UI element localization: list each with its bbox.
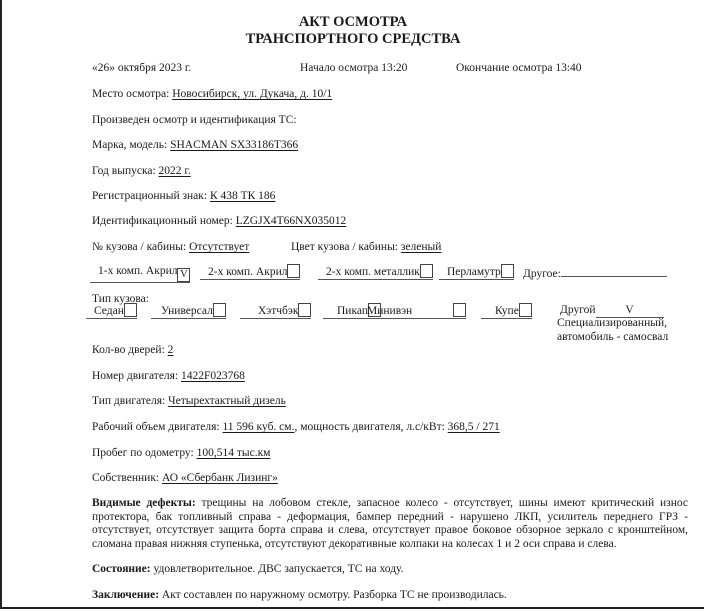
paint-option-pearl: Перламутр — [439, 264, 514, 280]
body-number-label: № кузова / кабины: — [92, 241, 186, 253]
color-row: Цвет кузова / кабины: зеленый — [291, 240, 441, 254]
body-other-description: Специализированный, автомобиль - самосва… — [557, 316, 668, 344]
end-time-row: Окончание осмотра 13:40 — [456, 61, 582, 75]
mileage-value: 100,514 тыс.км — [197, 447, 271, 459]
plate-row: Регистрационный знак: К 438 ТК 186 — [92, 189, 275, 203]
conclusion-text: Акт составлен по наружному осмотру. Разб… — [162, 589, 507, 601]
engine-number-row: Номер двигателя: 1422F023768 — [92, 369, 245, 383]
place-label: Место осмотра: — [92, 88, 169, 100]
condition-label: Состояние: — [92, 563, 151, 575]
checkbox[interactable] — [519, 303, 532, 317]
paint-option-1k-acrylic: 1-х комп. АкрилV — [90, 264, 190, 283]
body-type-wagon: Универсал — [151, 303, 226, 319]
body-type-sedan: Седан — [86, 303, 137, 319]
place-value: Новосибирск, ул. Дукача, д. 10/1 — [172, 88, 332, 100]
defects-paragraph: Видимые дефекты: трещины на лобовом стек… — [92, 497, 688, 551]
start-time-label: Начало осмотра — [300, 62, 378, 74]
mileage-label: Пробег по одометру: — [92, 447, 194, 459]
owner-label: Собственник: — [92, 472, 159, 484]
owner-row: Собственник: АО «Сбербанк Лизинг» — [92, 471, 278, 485]
body-number-value: Отсутствует — [189, 241, 249, 253]
year-value: 2022 г. — [159, 165, 191, 177]
displacement-label: Рабочий объем двигателя: — [92, 421, 220, 433]
inspection-date: «26» октября 2023 г. — [92, 61, 191, 75]
doors-value: 2 — [168, 344, 174, 356]
checkbox[interactable] — [420, 264, 433, 278]
checkbox[interactable] — [453, 303, 466, 317]
paint-other-blank[interactable] — [561, 264, 667, 277]
body-type-minivan: Минивэн — [365, 303, 466, 319]
power-value: 368,5 / 271 — [448, 421, 500, 433]
year-label: Год выпуска: — [92, 165, 156, 177]
doors-row: Кол-во дверей: 2 — [92, 343, 173, 357]
document-subtitle: ТРАНСПОРТНОГО СРЕДСТВА — [0, 31, 706, 48]
paint-option-2k-acrylic: 2-х комп. Акрил — [200, 264, 300, 280]
end-time-label: Окончание осмотра — [456, 62, 552, 74]
conclusion-label: Заключение: — [92, 589, 159, 601]
doors-label: Кол-во дверей: — [92, 344, 165, 356]
identification-heading: Произведен осмотр и идентификация ТС: — [92, 113, 297, 127]
owner-value: АО «Сбербанк Лизинг» — [162, 472, 278, 484]
paint-other: Другое: — [523, 264, 667, 281]
checkbox[interactable] — [298, 303, 311, 317]
checkbox-checked[interactable]: V — [177, 268, 190, 282]
checkbox[interactable] — [124, 303, 137, 317]
plate-label: Регистрационный знак: — [92, 190, 207, 202]
engine-type-row: Тип двигателя: Четырехтактный дизель — [92, 394, 286, 408]
vin-row: Идентификационный номер: LZGJX4T66NX0350… — [92, 214, 346, 228]
vin-value: LZGJX4T66NX035012 — [236, 215, 347, 227]
color-label: Цвет кузова / кабины: — [291, 241, 398, 253]
document-title: АКТ ОСМОТРА — [0, 14, 706, 31]
place-row: Место осмотра: Новосибирск, ул. Дукача, … — [92, 87, 332, 101]
start-time-value: 13:20 — [381, 62, 407, 74]
checkbox[interactable] — [501, 264, 514, 278]
engine-number-value: 1422F023768 — [181, 370, 245, 382]
make-row: Марка, модель: SHACMAN SX33186T366 — [92, 138, 298, 152]
checkbox[interactable] — [213, 303, 226, 317]
plate-value: К 438 ТК 186 — [210, 190, 276, 202]
mileage-row: Пробег по одометру: 100,514 тыс.км — [92, 446, 270, 460]
year-row: Год выпуска: 2022 г. — [92, 164, 191, 178]
body-type-hatchback: Хэтчбэк — [240, 303, 311, 319]
engine-type-label: Тип двигателя: — [92, 395, 165, 407]
body-number-row: № кузова / кабины: Отсутствует — [92, 240, 249, 254]
displacement-value: 11 596 куб. см. — [222, 421, 294, 433]
power-label: , мощность двигателя, л.с/кВт: — [294, 421, 444, 433]
end-time-value: 13:40 — [555, 62, 581, 74]
make-label: Марка, модель: — [92, 139, 167, 151]
start-time-row: Начало осмотра 13:20 — [300, 61, 407, 75]
displacement-row: Рабочий объем двигателя: 11 596 куб. см.… — [92, 420, 500, 434]
paint-option-2k-metallic: 2-х комп. металлик — [318, 264, 433, 280]
color-value: зеленый — [401, 241, 442, 253]
make-value: SHACMAN SX33186T366 — [170, 139, 298, 151]
vin-label: Идентификационный номер: — [92, 215, 233, 227]
defects-label: Видимые дефекты: — [92, 497, 196, 509]
body-type-coupe: Купе — [481, 303, 532, 319]
checkbox[interactable] — [287, 264, 300, 278]
condition-paragraph: Состояние: удовлетворительное. ДВС запус… — [92, 563, 688, 577]
conclusion-paragraph: Заключение: Акт составлен по наружному о… — [92, 589, 688, 603]
condition-text: удовлетворительное. ДВС запускается, ТС … — [153, 563, 403, 575]
engine-type-value: Четырехтактный дизель — [168, 395, 286, 407]
engine-number-label: Номер двигателя: — [92, 370, 178, 382]
